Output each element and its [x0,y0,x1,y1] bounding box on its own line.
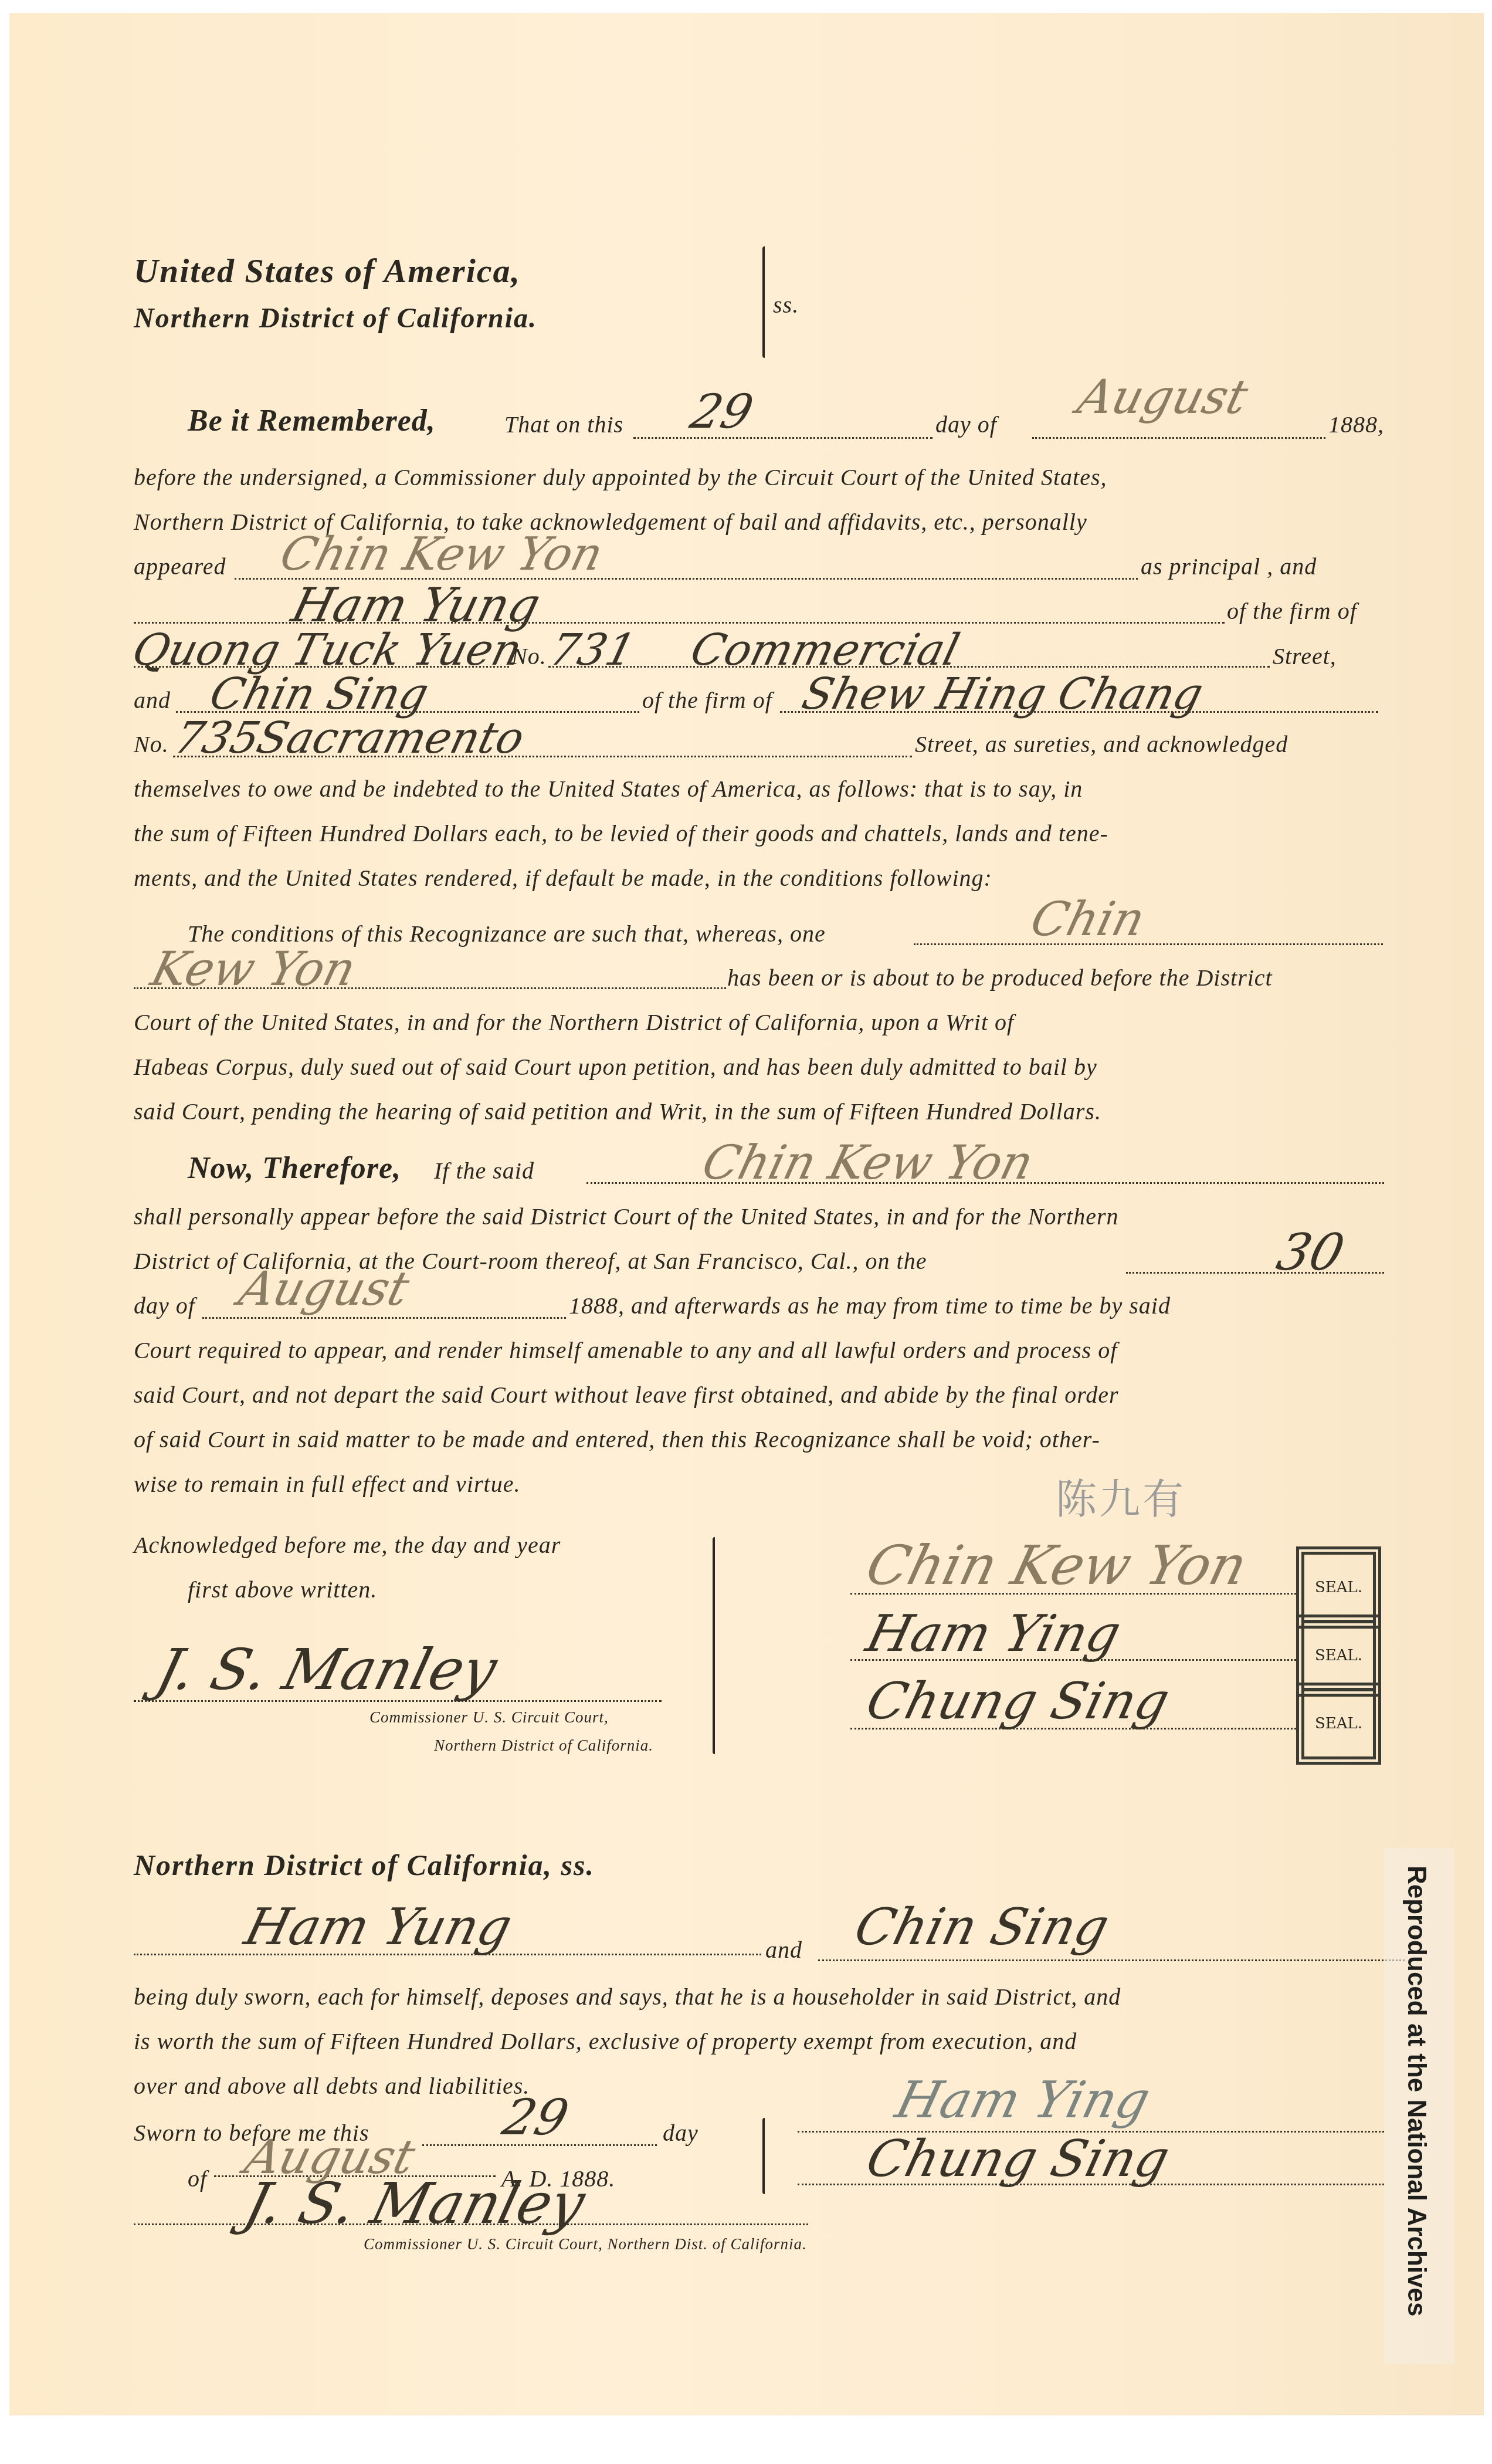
appear-day-line [1126,1272,1384,1274]
affidavit-and-label: and [765,1936,802,1964]
affidavit-surety1-field: Ham Yung [239,1898,518,1957]
appear-month-field: August [233,1261,414,1316]
surety2-name-field: Chin Sing [205,669,433,719]
header-ss: ss. [773,291,799,319]
header-line-1: United States of America, [134,251,521,290]
para1-line-1: before the undersigned, a Commissioner d… [134,463,1107,491]
affidavit-commissioner-title: Commissioner U. S. Circuit Court, Northe… [364,2235,807,2253]
month-field-line [1032,437,1325,439]
surety1-number-field: 731 [545,625,640,675]
para3-day-of: day of [134,1292,195,1319]
signature-surety-2: Chung Sing [861,1672,1175,1731]
chinese-name-annotation: 陈九有 [1056,1467,1186,1526]
para3-lead: Now, Therefore, [188,1151,401,1186]
para2-line-4: Habeas Corpus, duly sued out of said Cou… [134,1053,1097,1081]
para3-line-4: 1888, and afterwards as he may from time… [569,1292,1171,1319]
para3-line-5: Court required to appear, and render him… [134,1336,1117,1364]
surety1-firm-field: Quong Tuck Yuen [127,625,527,675]
header-brace [762,246,765,358]
no-label-1: No. [511,642,547,670]
sureties-line: Street, as sureties, and acknowledged [915,730,1288,758]
header-line-2: Northern District of California. [134,302,537,334]
affidavit-line-2: is worth the sum of Fifteen Hundred Doll… [134,2028,1077,2055]
para2-name-part-2: Kew Yon [145,942,361,996]
para1-ments-line: ments, and the United States rendered, i… [134,864,992,892]
para1-line-2: Northern District of California, to take… [134,508,1087,536]
ack-line-1: Acknowledged before me, the day and year [134,1531,561,1559]
sworn-day-label: day [663,2119,698,2147]
day-field-line [633,437,933,439]
surety2-firm-field: Shew Hing Chang [797,669,1208,719]
affidavit-signature-1: Ham Ying [890,2071,1156,2130]
surety2-street-field: Sacramento [252,713,529,763]
appear-month-line [202,1317,566,1319]
and-label-1: and [134,686,171,714]
as-principal-label: as principal , and [1141,553,1317,580]
opening-text-1: That on this [504,411,623,438]
para1-owe-line: themselves to owe and be indebted to the… [134,775,1083,803]
street-label-1: Street, [1273,642,1337,670]
para3-line-6: said Court, and not depart the said Cour… [134,1381,1119,1409]
signature-surety-1: Ham Ying [861,1605,1127,1663]
seal-label-2: SEAL. [1315,1647,1362,1664]
ack-commissioner-signature: J. S. Manley [150,1637,503,1703]
ack-line-2: first above written. [188,1576,377,1603]
affidavit-line-1: being duly sworn, each for himself, depo… [134,1983,1121,2011]
para3-line-2: shall personally appear before the said … [134,1203,1119,1230]
of-firm-of-label: of the firm of [1227,597,1357,625]
month-field: August [1072,370,1253,424]
para2-line-2: has been or is about to be produced befo… [727,964,1273,991]
seal-label-1: SEAL. [1315,1579,1362,1596]
appeared-label: appeared [134,553,226,580]
seal-label-3: SEAL. [1315,1715,1362,1732]
surety1-street-field: Commercial [686,625,964,675]
para2-line-5: said Court, pending the hearing of said … [134,1098,1101,1125]
ack-commissioner-title-1: Commissioner U. S. Circuit Court, [369,1708,609,1727]
affidavit-signature-2: Chung Sing [861,2130,1175,2188]
sworn-brace [762,2118,765,2194]
ack-commissioner-title-2: Northern District of California. [434,1737,653,1755]
opening-lead: Be it Remembered, [188,404,436,438]
para3-line-8: wise to remain in full effect and virtue… [134,1470,520,1498]
signature-principal: Chin Kew Yon [860,1534,1253,1597]
affidavit-surety2-line [818,1959,1405,1961]
para2-name-line-1 [914,943,1383,945]
para3-text-1: If the said [434,1157,534,1184]
para1-sum-line: the sum of Fifteen Hundred Dollars each,… [134,820,1108,847]
opening-text-2: day of [935,411,997,438]
sworn-of-label: of [188,2165,207,2192]
no-label-2: No. [134,730,169,758]
affidavit-commissioner-signature: J. S. Manley [238,2171,591,2236]
para2-name-part-1: Chin [1025,892,1150,946]
para3-line-7: of said Court in said matter to be made … [134,1426,1100,1453]
principal-name-field: Chin Kew Yon [275,528,608,581]
archive-stamp: Reproduced at the National Archives [1402,1866,1431,2317]
affidavit-header: Northern District of California, ss. [134,1848,595,1882]
seal-box-3: SEAL. [1296,1683,1381,1765]
affidavit-surety2-field: Chin Sing [849,1898,1115,1957]
para2-line-3: Court of the United States, in and for t… [134,1008,1014,1036]
of-firm-of-label-2: of the firm of [642,686,772,714]
para3-name-field: Chin Kew Yon [697,1135,1039,1190]
ack-brace [713,1537,715,1754]
affidavit-line-3: over and above all debts and liabilities… [134,2072,530,2100]
opening-year: 1888, [1328,411,1384,438]
